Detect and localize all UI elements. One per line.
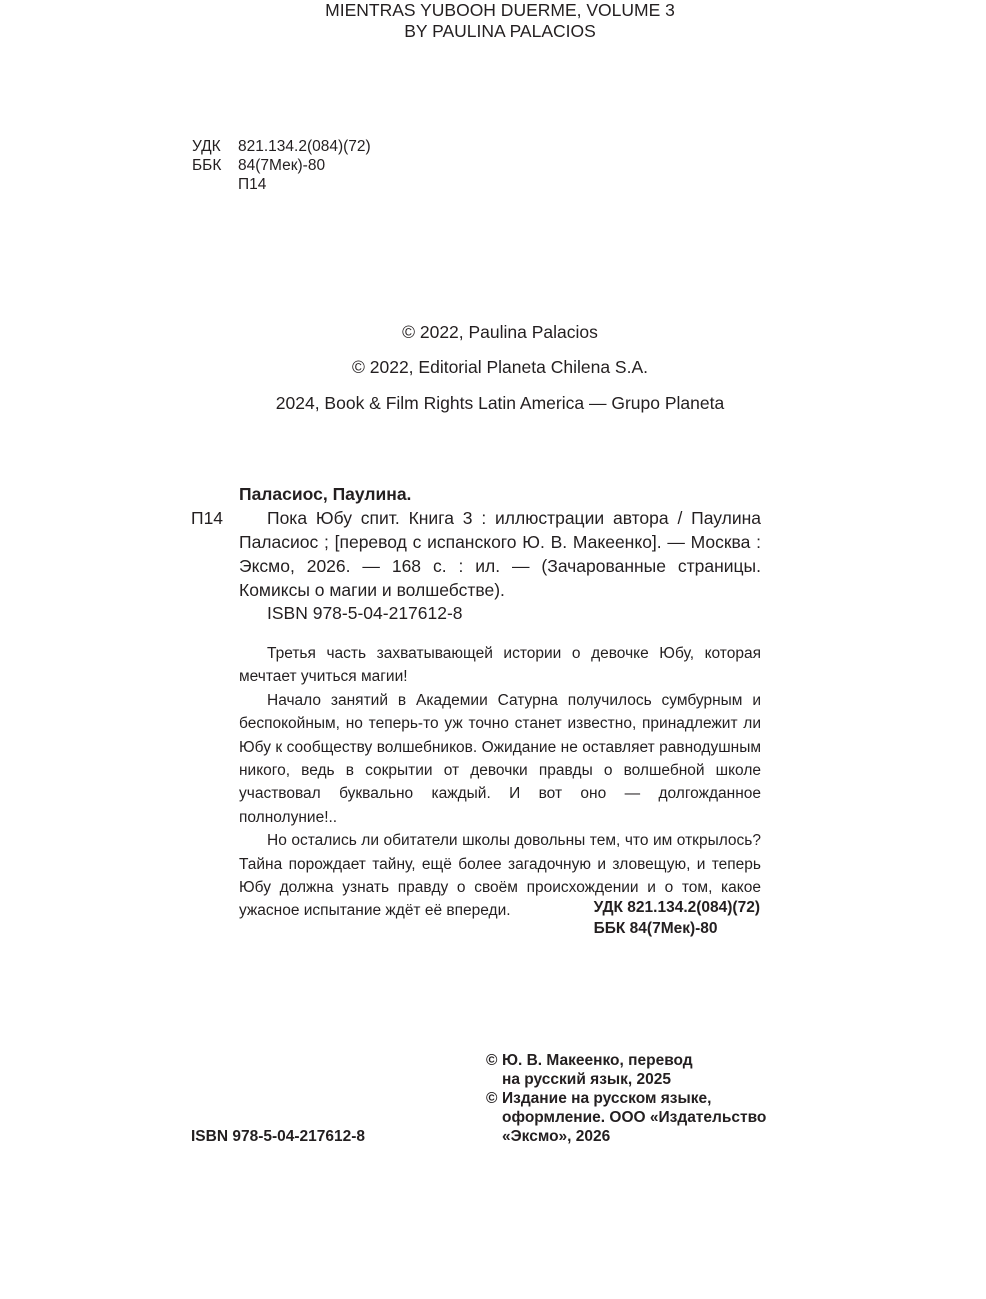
- annotation-udk: УДК 821.134.2(084)(72): [594, 897, 760, 918]
- classification-codes: УДК821.134.2(084)(72) ББК84(7Мек)-80 П14: [192, 137, 371, 194]
- original-title: MIENTRAS YUBOOH DUERME, VOLUME 3: [240, 0, 760, 21]
- annotation-codes: УДК 821.134.2(084)(72) ББК 84(7Мек)-80: [594, 897, 760, 939]
- translation-copyright-line: Ю. В. Макеенко, перевод: [502, 1051, 693, 1070]
- annotation: Третья часть захватывающей истории о дев…: [239, 642, 761, 923]
- edition-copyright-line: «Эксмо», 2026: [502, 1127, 766, 1146]
- copyright-author: © 2022, Paulina Palacios: [240, 322, 760, 343]
- copyright-publisher: © 2022, Editorial Planeta Chilena S.A.: [240, 357, 760, 378]
- bib-isbn: ISBN 978-5-04-217612-8: [267, 601, 463, 625]
- russian-copyrights: © Ю. В. Макеенко, перевод на русский язы…: [486, 1051, 766, 1146]
- bbk-label: ББК: [192, 156, 238, 175]
- edition-copyright-line: Издание на русском языке,: [502, 1089, 766, 1108]
- copyright-icon: ©: [486, 1051, 502, 1089]
- bottom-isbn: ISBN 978-5-04-217612-8: [191, 1127, 365, 1146]
- author-mark: П14: [238, 175, 266, 194]
- udk-value: 821.134.2(084)(72): [238, 137, 371, 156]
- bbk-value: 84(7Мек)-80: [238, 156, 325, 175]
- original-title-block: MIENTRAS YUBOOH DUERME, VOLUME 3 BY PAUL…: [240, 0, 760, 42]
- annotation-paragraph: Начало занятий в Академии Сатурна получи…: [239, 689, 761, 829]
- annotation-paragraph: Третья часть захватывающей истории о дев…: [239, 642, 761, 689]
- copyright-icon: ©: [486, 1089, 502, 1146]
- translation-copyright-line: на русский язык, 2025: [502, 1070, 693, 1089]
- original-author: BY PAULINA PALACIOS: [240, 21, 760, 42]
- edition-copyright-line: оформление. ООО «Издательство: [502, 1108, 766, 1127]
- bib-description: Пока Юбу спит. Книга 3 : иллюстрации авт…: [239, 506, 761, 602]
- udk-label: УДК: [192, 137, 238, 156]
- rights-line: 2024, Book & Film Rights Latin America —…: [230, 393, 770, 414]
- annotation-bbk: ББК 84(7Мек)-80: [594, 918, 760, 939]
- bib-author-mark: П14: [191, 506, 223, 530]
- bib-author-heading: Паласиос, Паулина.: [239, 482, 411, 506]
